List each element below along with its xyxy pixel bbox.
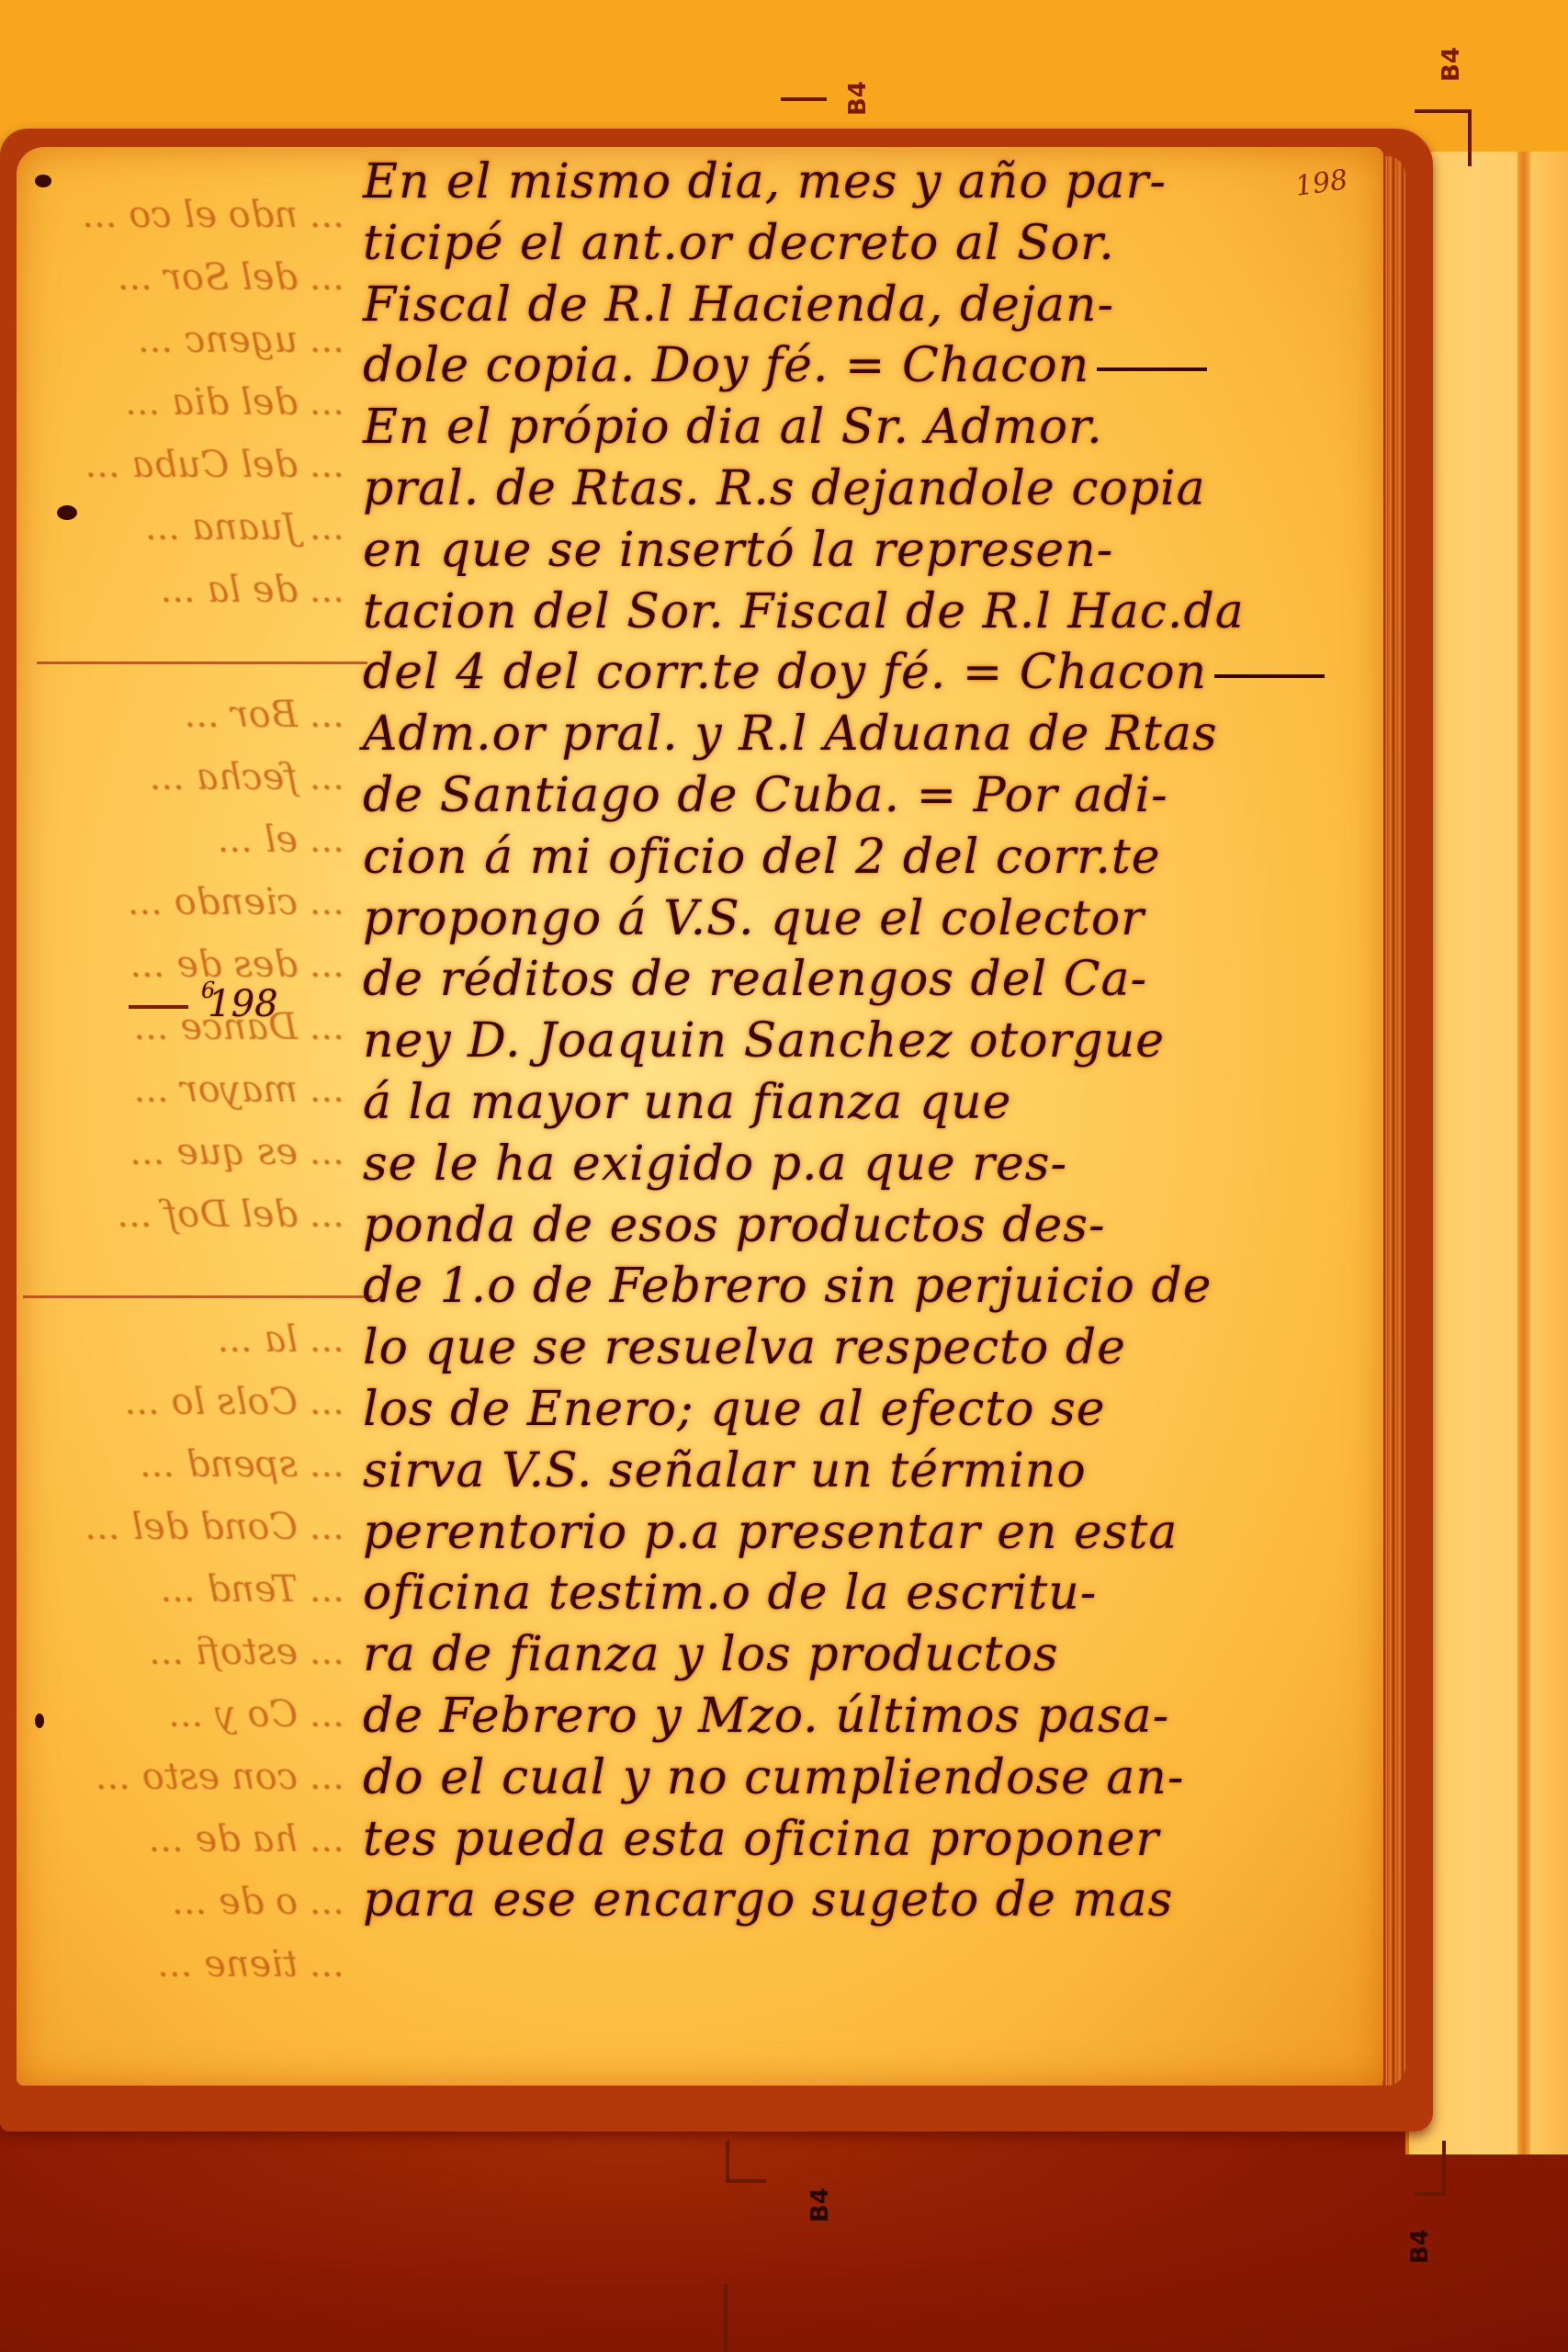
text-line: ney D. Joaquin Sanchez otorgue <box>363 1011 1364 1072</box>
text-line: de Santiago de Cuba. = Por adi- <box>363 765 1364 827</box>
marginal-dash <box>129 1005 188 1009</box>
text-line: de Febrero y Mzo. últimos pasa- <box>363 1686 1364 1747</box>
manuscript-body-text: En el mismo dia, mes y año par- ticipé e… <box>363 152 1364 1931</box>
ink-blot-mark <box>35 1713 44 1728</box>
ink-blot-mark <box>57 505 77 520</box>
text-line: Adm.or pral. y R.l Aduana de Rtas <box>363 704 1364 765</box>
scanner-b4-label-bottom-right: B4 <box>1406 2229 1434 2264</box>
text-line: do el cual y no cumpliendose an- <box>363 1747 1364 1809</box>
text-line: pral. de Rtas. R.s dejandole copia <box>363 458 1364 520</box>
text-line: dole copia. Doy fé. = Chacon <box>363 335 1364 397</box>
text-line: del 4 del corr.te doy fé. = Chacon <box>363 642 1364 704</box>
text-line: en que se insertó la represen- <box>363 520 1364 582</box>
text-line: á la mayor una fianza que <box>363 1072 1364 1134</box>
scanner-b4-label-bottom: B4 <box>807 2188 834 2222</box>
text-line: En el própio dia al Sr. Admor. <box>363 397 1364 458</box>
ink-blot-mark <box>35 175 51 187</box>
text-line: los de Enero; que al efecto se <box>363 1379 1364 1441</box>
scanner-b4-label-top: B4 <box>844 81 872 116</box>
marginal-note-number: 198 <box>208 983 277 1025</box>
scanner-crop-mark <box>724 2284 728 2352</box>
text-line: En el mismo dia, mes y año par- <box>363 152 1364 213</box>
text-line: de réditos de realengos del Ca- <box>363 949 1364 1011</box>
scanner-crop-mark <box>1415 2141 1446 2196</box>
scanner-b4-label-top-right: B4 <box>1438 47 1465 82</box>
text-line: lo que se resuelva respecto de <box>363 1317 1364 1379</box>
text-line: Fiscal de R.l Hacienda, dejan- <box>363 275 1364 336</box>
margin-bleed-through-text: ... ndo el co ... ... del Sor ... ... ug… <box>51 184 344 1996</box>
text-line: propongo á V.S. que el colector <box>363 888 1364 950</box>
text-line: oficina testim.o de la escritu- <box>363 1563 1364 1624</box>
scanner-crop-mark <box>781 97 827 101</box>
text-line: tacion del Sor. Fiscal de R.l Hac.da <box>363 582 1364 643</box>
scanner-crop-mark <box>1415 109 1472 166</box>
text-line: ra de fianza y los productos <box>363 1624 1364 1686</box>
text-line: ponda de esos productos des- <box>363 1195 1364 1257</box>
text-line: tes pueda esta oficina proponer <box>363 1809 1364 1871</box>
text-line: ticipé el ant.or decreto al Sor. <box>363 213 1364 275</box>
scanner-crop-mark <box>726 2141 766 2183</box>
text-line: cion á mi oficio del 2 del corr.te <box>363 827 1364 888</box>
text-line: sirva V.S. señalar un término <box>363 1441 1364 1502</box>
text-line: se le ha exigido p.a que res- <box>363 1134 1364 1195</box>
text-line: de 1.o de Febrero sin perjuicio de <box>363 1256 1364 1317</box>
text-line: perentorio p.a presentar en esta <box>363 1502 1364 1564</box>
marginal-note: 6198 <box>129 983 278 1025</box>
marginal-note-fraction: 6 <box>201 978 215 1003</box>
text-line: para ese encargo sugeto de mas <box>363 1870 1364 1931</box>
